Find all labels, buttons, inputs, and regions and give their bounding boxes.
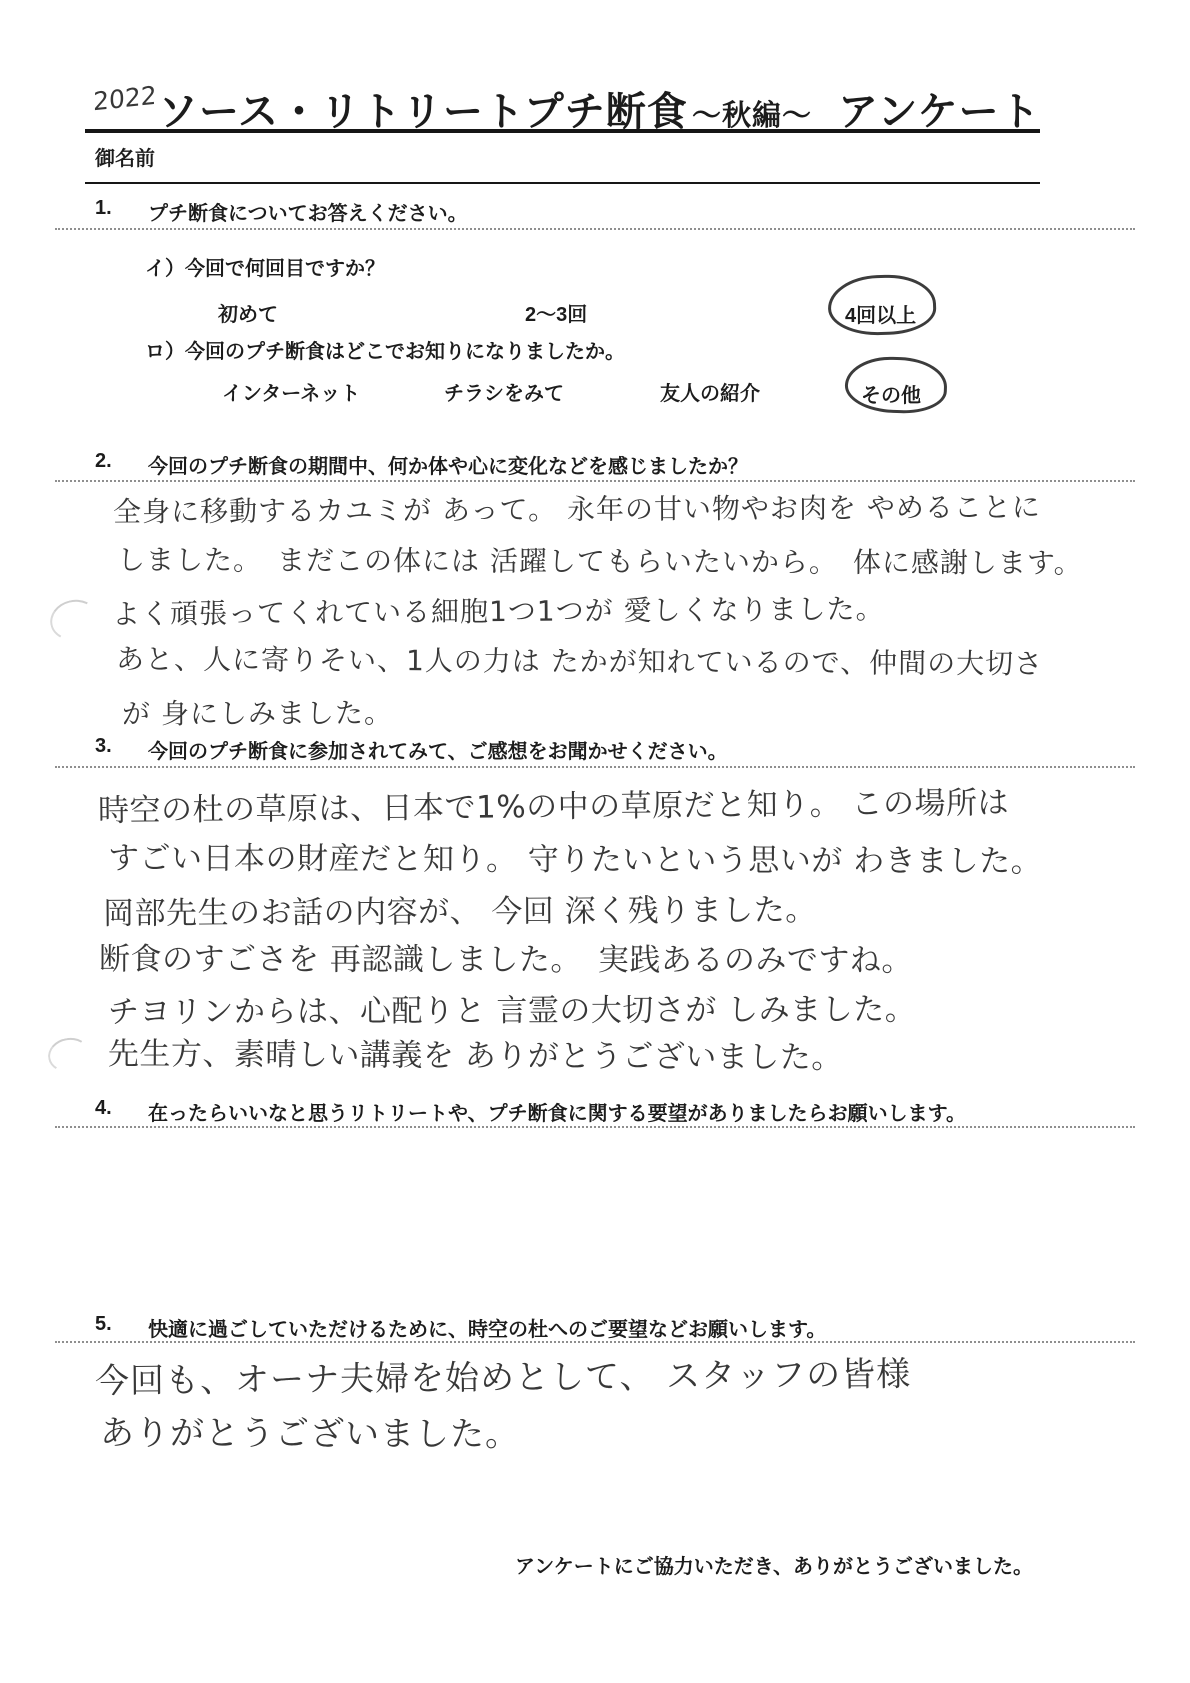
page-title-edition: ～秋編～ bbox=[692, 93, 812, 134]
question-3-text: 今回のプチ断食に参加されてみて、ご感想をお聞かせください。 bbox=[148, 735, 728, 764]
dotted-separator-3 bbox=[55, 766, 1135, 768]
dotted-separator-5 bbox=[55, 1341, 1135, 1343]
answer-2-line-4: あと、人に寄りそい、1人の力は たかが知れているので、仲間の大切さ bbox=[116, 638, 1043, 683]
answer-2-line-3: よく頑張ってくれている細胞1つ1つが 愛しくなりました。 bbox=[112, 587, 885, 632]
scan-artifact-arc-2 bbox=[45, 1035, 92, 1076]
answer-2-line-2: しました。 まだこの体には 活躍してもらいたいから。 体に感謝します。 bbox=[117, 538, 1083, 581]
question-2-text: 今回のプチ断食の期間中、何か体や心に変化などを感じましたか？ bbox=[148, 450, 748, 479]
dotted-separator-2 bbox=[55, 480, 1135, 482]
dotted-separator-1 bbox=[55, 228, 1135, 230]
subquestion-1b-label: ロ）今回のプチ断食はどこでお知りになりましたか。 bbox=[145, 335, 625, 364]
question-5-text: 快適に過ごしていただけるために、時空の杜へのご要望などお願いします。 bbox=[148, 1313, 826, 1342]
scanned-survey-page: 2022 ソース・リトリートプチ断食 ～秋編～ アンケート 御名前 1. プチ断… bbox=[0, 0, 1190, 1683]
answer-3-line-5: チヨリンからは、心配りと 言霊の大切さが しみました。 bbox=[108, 984, 916, 1032]
answer-5-line-1: 今回も、オーナ夫婦を始めとして、 スタッフの皆様 bbox=[95, 1346, 912, 1402]
option-yuujin: 友人の紹介 bbox=[660, 377, 760, 406]
option-chirashi: チラシをみて bbox=[444, 377, 564, 406]
handwritten-selection-circle-4kai bbox=[827, 273, 937, 337]
answer-2-line-1: 全身に移動するカユミが あって。 永年の甘い物やお肉を やめることに bbox=[113, 486, 1041, 531]
question-3-number: 3. bbox=[95, 735, 112, 758]
answer-5-line-2: ありがとうございました。 bbox=[100, 1405, 520, 1455]
answer-3-line-4: 断食のすごさを 再認識しました。 実践あるのみですね。 bbox=[99, 933, 913, 979]
scan-artifact-arc-1 bbox=[46, 595, 102, 645]
footer-thanks-text: アンケートにご協力いただき、ありがとうございました。 bbox=[515, 1550, 1033, 1579]
answer-3-line-3: 岡部先生のお話の内容が、 今回 深く残りました。 bbox=[103, 884, 817, 933]
question-2-number: 2. bbox=[95, 450, 112, 473]
subquestion-1a-label: イ）今回で何回目ですか？ bbox=[145, 252, 385, 281]
question-4-number: 4. bbox=[95, 1097, 112, 1120]
handwritten-year: 2022 bbox=[93, 81, 156, 117]
handwritten-selection-circle-sonota bbox=[844, 355, 948, 415]
title-underline bbox=[85, 129, 1040, 133]
name-field-underline bbox=[85, 182, 1040, 184]
option-hajimete: 初めて bbox=[218, 298, 278, 327]
question-4-text: 在ったらいいなと思うリトリートや、プチ断食に関する要望がありましたらお願いします… bbox=[148, 1097, 966, 1126]
answer-3-line-2: すごい日本の財産だと知り。 守りたいという思いが わきました。 bbox=[108, 832, 1042, 880]
question-1-number: 1. bbox=[95, 197, 112, 220]
answer-2-line-5: が 身にしみました。 bbox=[122, 692, 393, 733]
answer-3-line-6: 先生方、素晴しい講義を ありがとうございました。 bbox=[108, 1028, 843, 1077]
dotted-separator-4 bbox=[55, 1126, 1135, 1128]
question-1-text: プチ断食についてお答えください。 bbox=[148, 197, 468, 226]
question-5-number: 5. bbox=[95, 1313, 112, 1336]
option-2-3-kai: 2～3回 bbox=[525, 298, 587, 327]
option-internet: インターネット bbox=[222, 377, 360, 406]
answer-3-line-1: 時空の杜の草原は、日本で1%の中の草原だと知り。 この場所は bbox=[98, 777, 1009, 830]
name-label: 御名前 bbox=[95, 142, 155, 171]
